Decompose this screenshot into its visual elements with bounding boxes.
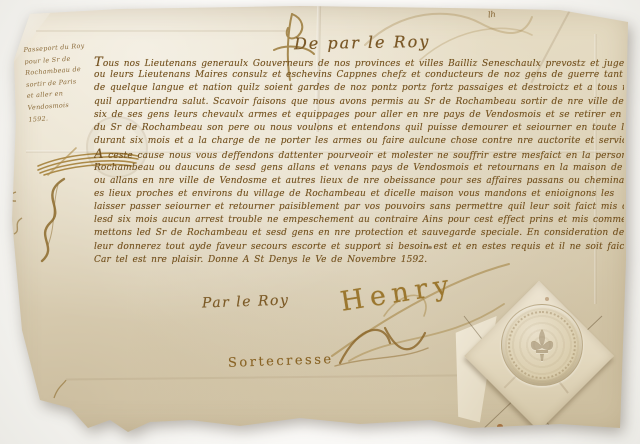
body-text: Tous nos Lieutenans generaulx Gouverneur… [94, 56, 624, 267]
manuscript-text-line: A ceste cause nous vous deffendons datte… [94, 148, 624, 161]
manuscript-text-line: Rochambeau ou daucuns de sesd gens allan… [94, 162, 624, 175]
manuscript-text-line: durant six mois et a la charge de ne por… [94, 135, 624, 148]
secretary-paraph-icon [330, 318, 430, 368]
manuscript-text-line: laisser passer seiourner et retourner pa… [94, 201, 624, 214]
manuscript-text-line: Tous nos Lieutenans generaulx Gouverneur… [94, 56, 624, 69]
manuscript-text-line: ou allans en nre ville de Vendosme et au… [94, 175, 624, 188]
manuscript-text-line: ou leurs Lieutenans Maires consulz et es… [94, 69, 624, 82]
countersignature: Sortecresse [228, 352, 334, 371]
fleur-de-lis-icon [529, 327, 555, 363]
manuscript-text-line: mettons led Sr de Rochambeau et sesd gen… [94, 227, 624, 240]
fold-crease-top [36, 30, 286, 32]
manuscript-text-line: es lieux proches et environs du village … [94, 188, 624, 201]
manuscript-document: Passeport du Roypour le Sr deRochambeau … [6, 4, 634, 436]
manuscript-text-line: lesd six mois aucun arrest trouble ne em… [94, 214, 624, 227]
bottom-mark-icon [50, 378, 68, 400]
document-shadow: Passeport du Roypour le Sr deRochambeau … [0, 0, 640, 444]
royal-signature: Henry [338, 269, 457, 318]
edge-mark-icon [6, 188, 20, 204]
archival-mark: lh [487, 10, 496, 20]
papered-wax-seal [452, 258, 632, 436]
manuscript-text-line: six de ses gens leurs chevaulx armes et … [94, 109, 624, 122]
closing-formula: Par le Roy [202, 292, 290, 311]
manuscript-text-line: quil appartiendra salut. Scavoir faisons… [94, 96, 624, 109]
manuscript-text-line: du Sr de Rochambeau son pere ou nous vou… [94, 122, 624, 135]
manuscript-text-line: de quelque langue et nation quilz soient… [94, 82, 624, 95]
manuscript-text-line: leur donnerez tout ayde faveur secours e… [94, 241, 624, 254]
document-heading: De par le Roy [294, 32, 431, 53]
seal-impression [501, 304, 583, 386]
photo-backdrop: Passeport du Roypour le Sr deRochambeau … [0, 0, 640, 444]
edge-curl-icon [10, 216, 26, 236]
paraph-squiggle-icon [28, 175, 76, 267]
